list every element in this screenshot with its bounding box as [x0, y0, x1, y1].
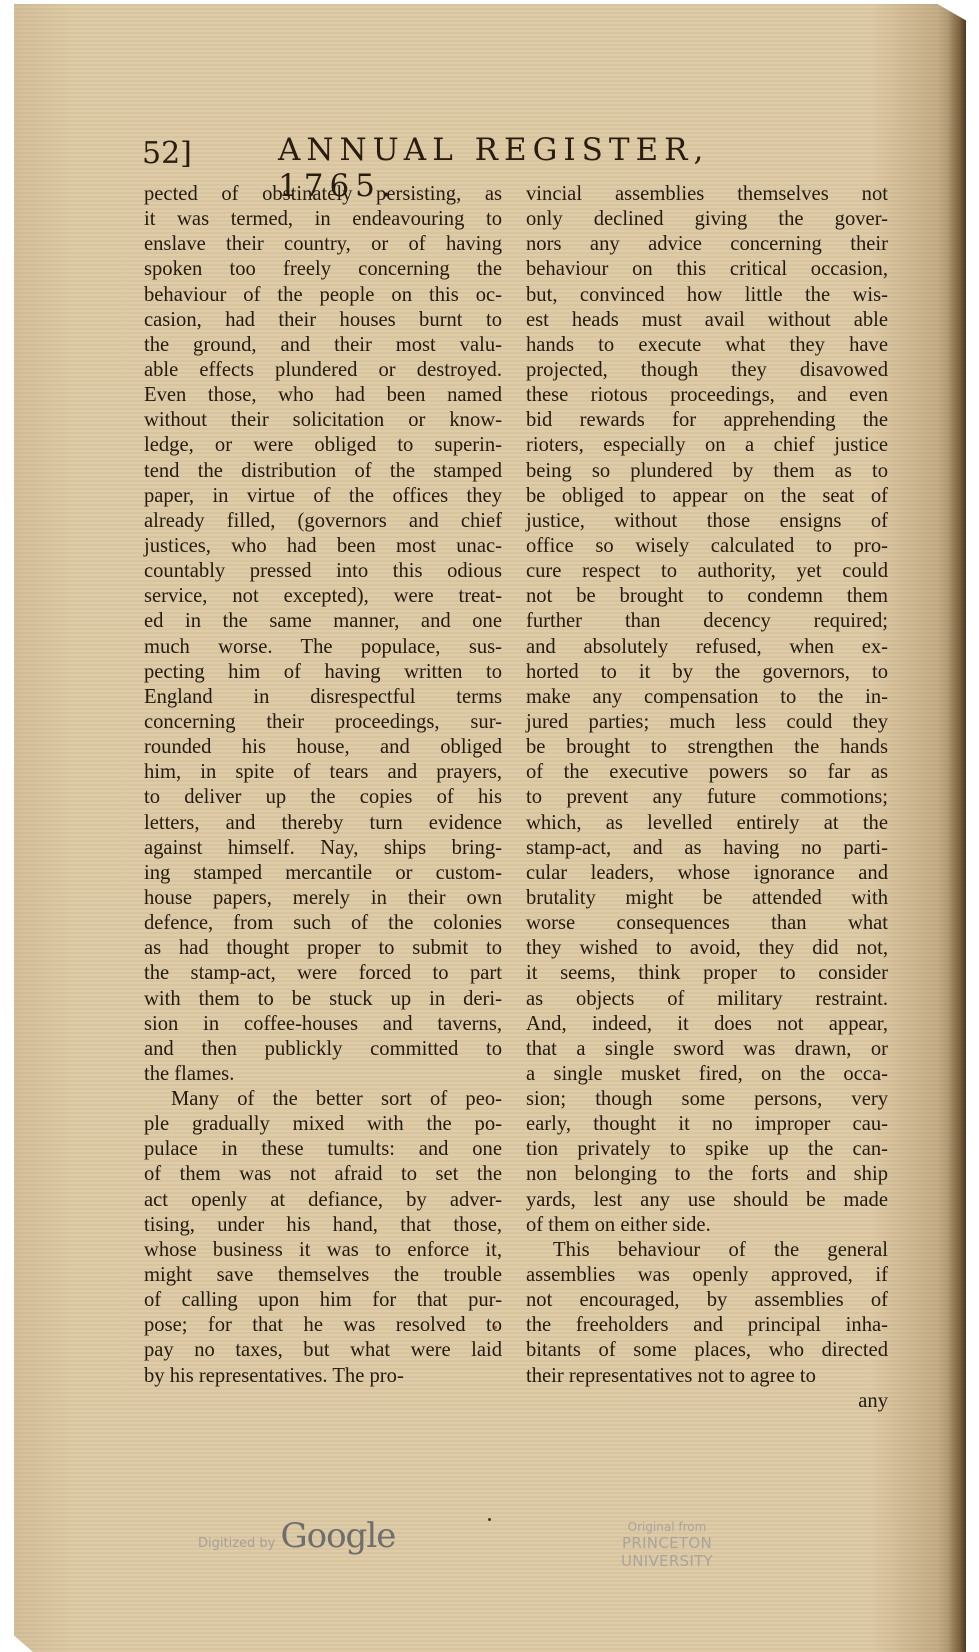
text-line: pulace in these tumults: and one — [144, 1137, 502, 1162]
text-line: paper, in virtue of the offices they — [144, 484, 502, 509]
text-line: and then publickly committed to — [144, 1037, 502, 1062]
text-line: it was termed, in endeavouring to — [144, 207, 502, 232]
text-line: ing stamped mercantile or custom- — [144, 861, 502, 886]
text-line: ed in the same manner, and one — [144, 609, 502, 634]
text-line: with them to be stuck up in deri- — [144, 987, 502, 1012]
text-line: make any compensation to the in- — [526, 685, 888, 710]
text-line: to prevent any future commotions; — [526, 785, 888, 810]
text-line: to deliver up the copies of his — [144, 785, 502, 810]
text-line: projected, though they disavowed — [526, 358, 888, 383]
text-line: much worse. The populace, sus- — [144, 635, 502, 660]
text-line: rioters, especially on a chief justice — [526, 433, 888, 458]
text-line: ple gradually mixed with the po- — [144, 1112, 502, 1137]
text-line: might save themselves the trouble — [144, 1263, 502, 1288]
text-line: the flames. — [144, 1062, 502, 1087]
text-line: cure respect to authority, yet could — [526, 559, 888, 584]
text-line: England in disrespectful terms — [144, 685, 502, 710]
text-line: spoken too freely concerning the — [144, 257, 502, 282]
text-line: office so wisely calculated to pro- — [526, 534, 888, 559]
text-line: the ground, and their most valu- — [144, 333, 502, 358]
right-text-column: vincial assemblies themselves notonly de… — [526, 182, 888, 1414]
text-line: service, not excepted), were treat- — [144, 584, 502, 609]
text-line: behaviour on this critical occasion, — [526, 257, 888, 282]
text-line: worse consequences than what — [526, 911, 888, 936]
text-line: of the executive powers so far as — [526, 760, 888, 785]
text-line: casion, had their houses burnt to — [144, 308, 502, 333]
paper-speck — [494, 1326, 497, 1329]
text-line: be obliged to appear on the seat of — [526, 484, 888, 509]
text-line: Many of the better sort of peo- — [144, 1087, 502, 1112]
text-line: they wished to avoid, they did not, — [526, 936, 888, 961]
text-line: him, in spite of tears and prayers, — [144, 760, 502, 785]
text-line: sion; though some persons, very — [526, 1087, 888, 1112]
scanned-page-view: 52] ANNUAL REGISTER, 1765. pected of obs… — [0, 0, 979, 1652]
text-line: against himself. Nay, ships bring- — [144, 836, 502, 861]
text-line: letters, and thereby turn evidence — [144, 811, 502, 836]
text-line: pose; for that he was resolved to — [144, 1313, 502, 1338]
text-line: tising, under his hand, that those, — [144, 1213, 502, 1238]
text-line: vincial assemblies themselves not — [526, 182, 888, 207]
text-line: a single musket fired, on the occa- — [526, 1062, 888, 1087]
text-line: behaviour of the people on this oc- — [144, 283, 502, 308]
text-line: the freeholders and principal inha- — [526, 1313, 888, 1338]
text-line: justice, without those ensigns of — [526, 509, 888, 534]
google-watermark: Digitized by Google — [198, 1516, 395, 1556]
text-line: brutality might be attended with — [526, 886, 888, 911]
page-header: 52] ANNUAL REGISTER, 1765. — [142, 132, 842, 178]
text-line: of them on either side. — [526, 1213, 888, 1238]
text-line: already filled, (governors and chief — [144, 509, 502, 534]
text-line: without their solicitation or know- — [144, 408, 502, 433]
text-line: nors any advice concerning their — [526, 232, 888, 257]
princeton-watermark: Original from PRINCETON UNIVERSITY — [574, 1520, 760, 1570]
text-line: enslave their country, or of having — [144, 232, 502, 257]
text-line: est heads must avail without able — [526, 308, 888, 333]
text-line: justices, who had been most unac- — [144, 534, 502, 559]
text-line: This behaviour of the general — [526, 1238, 888, 1263]
text-line: early, thought it no improper cau- — [526, 1112, 888, 1137]
text-line: jured parties; much less could they — [526, 710, 888, 735]
text-line: defence, from such of the colonies — [144, 911, 502, 936]
text-line: and absolutely refused, when ex- — [526, 635, 888, 660]
text-line: tend the distribution of the stamped — [144, 459, 502, 484]
text-line: but, convinced how little the wis- — [526, 283, 888, 308]
text-line: further than decency required; — [526, 609, 888, 634]
text-line: as had thought proper to submit to — [144, 936, 502, 961]
text-line: able effects plundered or destroyed. — [144, 358, 502, 383]
text-line: Even those, who had been named — [144, 383, 502, 408]
text-line: non belonging to the forts and ship — [526, 1162, 888, 1187]
text-line: that a single sword was drawn, or — [526, 1037, 888, 1062]
book-page: 52] ANNUAL REGISTER, 1765. pected of obs… — [14, 4, 966, 1652]
text-line: bid rewards for apprehending the — [526, 408, 888, 433]
text-line: hands to execute what they have — [526, 333, 888, 358]
text-line: horted to it by the governors, to — [526, 660, 888, 685]
text-line: only declined giving the gover- — [526, 207, 888, 232]
text-line: tion privately to spike up the can- — [526, 1137, 888, 1162]
text-line: act openly at defiance, by adver- — [144, 1188, 502, 1213]
text-line: yards, lest any use should be made — [526, 1188, 888, 1213]
page-edge-shadow — [948, 4, 966, 1652]
text-line: rounded his house, and obliged — [144, 735, 502, 760]
text-line: concerning their proceedings, sur- — [144, 710, 502, 735]
text-line: not encouraged, by assemblies of — [526, 1288, 888, 1313]
google-logo: Google — [280, 1516, 395, 1556]
text-line: it seems, think proper to consider — [526, 961, 888, 986]
text-line: whose business it was to enforce it, — [144, 1238, 502, 1263]
text-line: which, as levelled entirely at the — [526, 811, 888, 836]
text-line: being so plundered by them as to — [526, 459, 888, 484]
text-line: countably pressed into this odious — [144, 559, 502, 584]
original-from-label: Original from — [574, 1520, 760, 1534]
text-line: these riotous proceedings, and even — [526, 383, 888, 408]
institution-label: PRINCETON UNIVERSITY — [574, 1534, 760, 1570]
text-line: pecting him of having written to — [144, 660, 502, 685]
text-line: of calling upon him for that pur- — [144, 1288, 502, 1313]
catchword: any — [526, 1389, 888, 1414]
digitized-by-label: Digitized by — [198, 1536, 275, 1551]
text-line: the stamp-act, were forced to part — [144, 961, 502, 986]
text-line: not be brought to condemn them — [526, 584, 888, 609]
text-line: assemblies was openly approved, if — [526, 1263, 888, 1288]
left-text-column: pected of obstinately persisting, asit w… — [144, 182, 502, 1389]
text-line: sion in coffee-houses and taverns, — [144, 1012, 502, 1037]
text-line: ledge, or were obliged to superin- — [144, 433, 502, 458]
text-line: their representatives not to agree to — [526, 1364, 888, 1389]
text-line: by his representatives. The pro- — [144, 1364, 502, 1389]
text-line: be brought to strengthen the hands — [526, 735, 888, 760]
page-number: 52] — [142, 136, 192, 171]
text-line: And, indeed, it does not appear, — [526, 1012, 888, 1037]
text-line: pay no taxes, but what were laid — [144, 1338, 502, 1363]
paper-speck — [488, 1518, 491, 1521]
text-line: stamp-act, and as having no parti- — [526, 836, 888, 861]
text-line: as objects of military restraint. — [526, 987, 888, 1012]
text-line: of them was not afraid to set the — [144, 1162, 502, 1187]
text-line: cular leaders, whose ignorance and — [526, 861, 888, 886]
text-line: house papers, merely in their own — [144, 886, 502, 911]
text-line: pected of obstinately persisting, as — [144, 182, 502, 207]
text-line: bitants of some places, who directed — [526, 1338, 888, 1363]
